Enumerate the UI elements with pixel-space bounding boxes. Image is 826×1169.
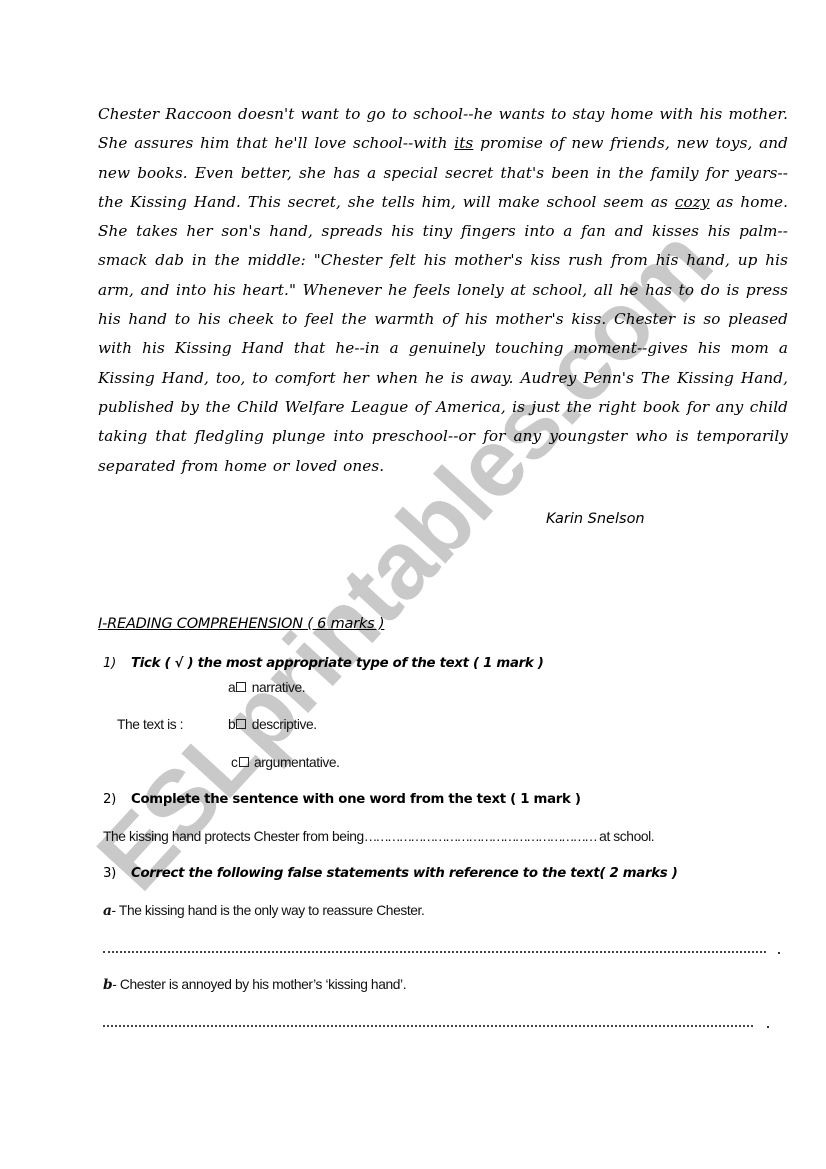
false-statement-a: a- The kissing hand is the only way to r… xyxy=(103,903,424,919)
sentence-start: The kissing hand protects Chester from b… xyxy=(103,829,364,844)
option-b[interactable]: b descriptive. xyxy=(228,717,317,732)
question-stem: The text is : xyxy=(117,717,183,732)
question-3: 3)Correct the following false statements… xyxy=(103,866,678,881)
worksheet-page: ESLprintables.com Chester Raccoon doesn'… xyxy=(0,0,826,1169)
option-letter: a xyxy=(228,680,235,695)
option-c[interactable]: c argumentative. xyxy=(231,755,340,770)
statement-letter: b xyxy=(103,977,112,993)
answer-line-b[interactable] xyxy=(103,1022,753,1027)
question-number: 3) xyxy=(103,866,131,881)
question-2: 2)Complete the sentence with one word fr… xyxy=(103,792,581,807)
option-label: narrative. xyxy=(252,680,306,695)
checkbox-icon[interactable] xyxy=(236,682,246,692)
question-instruction: Tick ( √ ) the most appropriate type of … xyxy=(131,656,544,671)
answer-blank[interactable]: …………………………………………………… xyxy=(364,829,596,844)
statement-text: - Chester is annoyed by his mother’s ‘ki… xyxy=(112,977,406,992)
question-number: 1) xyxy=(103,656,131,671)
option-letter: b xyxy=(228,717,235,732)
reading-passage: Chester Raccoon doesn't want to go to sc… xyxy=(98,100,788,481)
false-statement-b: b- Chester is annoyed by his mother’s ‘k… xyxy=(103,977,406,993)
line-end-dot xyxy=(767,1026,769,1028)
checkbox-icon[interactable] xyxy=(239,757,249,767)
passage-underlined-word: cozy xyxy=(675,193,710,211)
book-title: The Kissing Hand xyxy=(641,369,783,387)
passage-author: Karin Snelson xyxy=(546,511,645,527)
completion-sentence: The kissing hand protects Chester from b… xyxy=(103,829,654,844)
question-instruction: Complete the sentence with one word from… xyxy=(131,792,581,807)
question-1: 1)Tick ( √ ) the most appropriate type o… xyxy=(103,656,544,671)
option-letter: c xyxy=(231,755,238,770)
question-number: 2) xyxy=(103,792,131,807)
answer-line-a[interactable] xyxy=(103,948,766,953)
sentence-end: at school. xyxy=(596,829,655,844)
option-label: descriptive. xyxy=(252,717,317,732)
statement-letter: a xyxy=(103,903,112,919)
option-a[interactable]: a narrative. xyxy=(228,680,305,695)
option-label: argumentative. xyxy=(254,755,340,770)
line-end-dot xyxy=(778,952,780,954)
statement-text: - The kissing hand is the only way to re… xyxy=(112,903,425,918)
checkbox-icon[interactable] xyxy=(236,719,246,729)
section-title: I-READING COMPREHENSION ( 6 marks ) xyxy=(98,616,384,632)
passage-segment: as home. She takes her son's hand, sprea… xyxy=(98,193,788,387)
question-instruction: Correct the following false statements w… xyxy=(131,866,678,881)
passage-underlined-word: its xyxy=(454,134,473,152)
